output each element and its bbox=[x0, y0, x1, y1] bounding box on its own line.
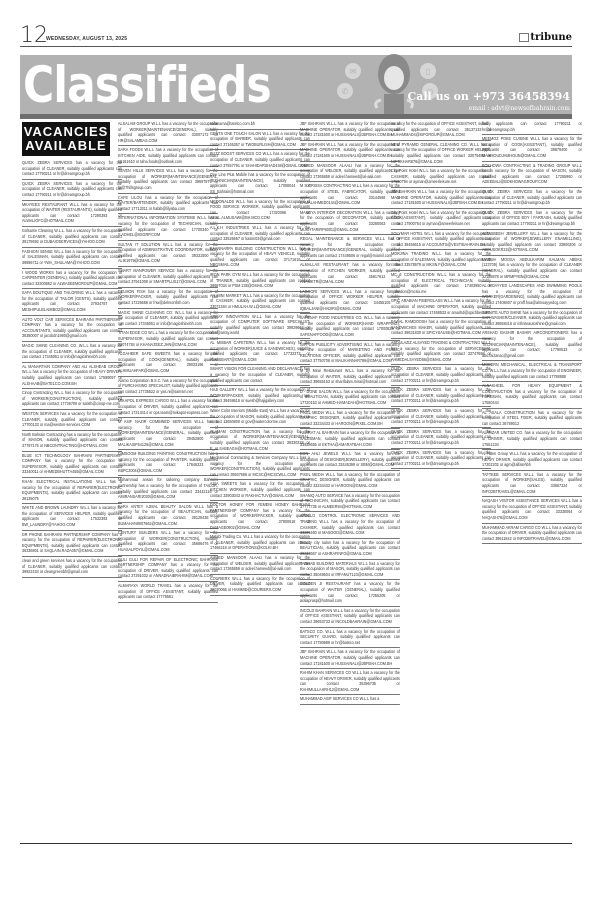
classified-ad: AH MINI MARKET W.L.L has a vacancy for t… bbox=[210, 292, 310, 313]
ads-column-2: ALSALAM GROUP W.L.L has a vacancy for th… bbox=[118, 120, 218, 603]
classified-ad: AL ASALA CONSTRUCTION has a vacancy for … bbox=[482, 409, 582, 430]
banner-title: Classifieds bbox=[23, 57, 271, 113]
classified-ad: MORJINA TRADING W.L.L has a vacancy for … bbox=[391, 250, 491, 271]
mobile-icon: ▯ bbox=[420, 63, 436, 79]
classified-ad: DELMON FISH has a vacancy for the occupa… bbox=[118, 288, 218, 309]
classified-ad: QUICK ZEBRA SERVICES has a vacancy for t… bbox=[391, 365, 491, 386]
ads-column-4: JBF BAHRAIN W.L.L has a vacancy for the … bbox=[300, 120, 400, 705]
classified-ad: BATSCO CO. W.L.L has a vacancy for the o… bbox=[300, 628, 400, 649]
classified-ad: ALMALLAS RESTAURANT has a vacancy for th… bbox=[300, 261, 400, 287]
classified-ad: MUHAMMAD AKRAM CARGO CO W.L.L has a vaca… bbox=[482, 524, 582, 545]
classified-ad: MCDONALDS W.L.L has a vacancy for the oc… bbox=[210, 198, 310, 224]
classified-ad: QUICK ZEBRA SERVICES has a vacancy for t… bbox=[391, 407, 491, 428]
classified-ad: vacancy for the occupation of OFFICE ASS… bbox=[391, 120, 491, 141]
classified-ad: Mechanical Contracting & Services Compan… bbox=[210, 454, 310, 480]
classifieds-banner: Classifieds ✉ ✆ ▯ ◎ Call us on +973 3645… bbox=[20, 55, 572, 114]
classified-ad: SAFA BOUTIQUE AND TAILORING W.L.L has a … bbox=[22, 289, 122, 315]
classified-ad: IRON PARK GYM W.L.L has a vacancy for th… bbox=[210, 271, 310, 292]
classified-ad: TITAN EDGE CO W.L.L has a vacancy for th… bbox=[118, 329, 218, 350]
classified-ad: MKAYEES RESTAURANT W.L.L has a vacancy f… bbox=[22, 201, 122, 227]
classified-ad: DIMSOOM BUILDING PAINTING CONSTRUCTION h… bbox=[118, 450, 218, 476]
classified-ad: SOLYMAR HOTEL W.L.L has a vacancy for th… bbox=[391, 230, 491, 251]
classified-ad: JBF BAHRAIN W.L.L has a vacancy for the … bbox=[300, 141, 400, 162]
classified-ad: GENTS ONE TOUCH SALON W.L.L has a vacanc… bbox=[210, 130, 310, 151]
classified-ad: One Line Plus Mobile has a vacancy for t… bbox=[210, 171, 310, 197]
classified-ad: Mohammad ansari for tailoring company Ba… bbox=[118, 476, 218, 502]
classified-ad: DOCTOR HONEY FOR YEMENI HONEY BAHRAINI P… bbox=[210, 501, 310, 533]
classified-ad: Cinop Contracting W.L.L has a vacancy fo… bbox=[22, 389, 122, 410]
classified-ad: ARSHAD BASHIR BASHIR AIRCONDITIONERS has… bbox=[482, 329, 582, 361]
classified-ad: SMART VISION FOR CLEANING AND DECLARANCE… bbox=[210, 365, 310, 386]
classified-ad: MIKAPOL EXPRESS CARGO W.L.L has a vacanc… bbox=[118, 397, 218, 418]
classified-ad: PIXEL MEDIA W.L.L has a vacancy for the … bbox=[300, 409, 400, 430]
classified-ad: ARRAY INNOVATION W.L.L has a vacancy for… bbox=[210, 313, 310, 339]
classified-ad: Beauty city salon has a vacancy for the … bbox=[300, 539, 400, 560]
classified-ad: SARA ANTEY AJMAL BEAUTY SALON W.L.L has … bbox=[118, 503, 218, 529]
classified-ad: CENTURY BUILDERS W.L.L has a vacancy for… bbox=[118, 529, 218, 555]
classified-ad: ALGAHEER SAFE SWEETS has a vacancy for t… bbox=[118, 350, 218, 376]
classified-ad: AL MISBAR CAFETERIA W.L.L has a vacancy … bbox=[210, 339, 310, 365]
classified-ad: ASIA SWEETS has a vacancy for the occupa… bbox=[210, 480, 310, 501]
classified-ad: WESTON SERVICES has a vacancy for the oc… bbox=[22, 410, 122, 431]
mascot-illustration bbox=[369, 50, 419, 116]
classified-ad: ALMARAYA WORLD TRAVEL has a vacancy for … bbox=[118, 582, 218, 603]
ads-column-1: QUICK ZEBRA SERVICES has a vacancy for t… bbox=[22, 159, 122, 578]
classified-ad: BAANNARPA BUILDING CONSTRUCTION W.L.L ha… bbox=[210, 245, 310, 271]
classified-ad: AHMED MANSOOR ALAALI has a vacancy for t… bbox=[210, 554, 310, 575]
section-heading: VACANCIES AVAILABLE bbox=[22, 122, 110, 156]
classified-ad: AHMED MANSOOR ALAALI has a vacancy for t… bbox=[300, 162, 400, 183]
classified-ad: fied applicants can contact 17790211 or … bbox=[482, 120, 582, 135]
classified-ad: QUICK ZEBRA SERVICES has a vacancy for t… bbox=[482, 209, 582, 230]
classified-ad: City Point Hotel W.L.L has a vacancy for… bbox=[391, 167, 491, 188]
classified-ad: QUICK ZEBRA SERVICES has a vacancy for t… bbox=[22, 159, 122, 180]
page-bottom-rule bbox=[20, 843, 572, 844]
logo-mark-icon bbox=[519, 33, 529, 42]
page-number: 12 bbox=[20, 26, 48, 46]
classified-ad: SMART MANPOWER SERVICE has a vacancy for… bbox=[118, 267, 218, 288]
classified-ad: MAGIC SHINE CLEANING CO. W.L.L has a vac… bbox=[22, 342, 122, 363]
classified-ad: I WOOD WORKS has a vacancy for the occup… bbox=[22, 269, 122, 290]
classified-ad: MEEMOZ POKE CUISINE W.L.L has a vacancy … bbox=[482, 135, 582, 161]
classified-ad: Golsame Cleaning W.L.L. has a vacancy fo… bbox=[22, 227, 122, 248]
classified-ad: ALNAKHEEL FOR HEAVY EQUIPMENT & CONSTRUC… bbox=[482, 382, 582, 408]
classified-ad: City Point Hotel W.L.L has a vacancy for… bbox=[391, 209, 491, 230]
phone-icon: ✆ bbox=[337, 83, 353, 99]
classified-ad: MARWA MOOSA ABDULKARIM SALMAN ABBAS (123… bbox=[482, 256, 582, 282]
classified-ad: JBF BAHRAIN W.L.L has a vacancy for the … bbox=[300, 648, 400, 669]
banner-divider bbox=[20, 114, 572, 119]
classified-ad: SHANIQ AUTO SERVICE has a vacancy for th… bbox=[300, 492, 400, 513]
classified-ad: QUICK ZEBRA SERVICES has a vacancy for t… bbox=[22, 180, 122, 201]
classified-ad: APOLLO CONTROL ELECTRONIC SERVICES AND T… bbox=[300, 512, 400, 538]
classified-ad: NAQASH VISITOR ASSISTANCE SERVICES W.L.L… bbox=[482, 497, 582, 523]
classified-ad: M ASIF NAZIR COMBINED SERVICES W.L.L has… bbox=[118, 418, 218, 450]
classified-ad: AMARAT AL BAHRAIN has a vacancy for the … bbox=[300, 429, 400, 450]
classified-ad: SULTAN IT SOLUTION W.L.L has a vacancy f… bbox=[118, 241, 218, 267]
classified-ad: KHAN ELECTRICAL INSTALLATIONS W.L.L has … bbox=[22, 478, 122, 504]
classified-ad: BLUE ICT TECHNOLOGY BAHRAINI PARTNERSHIP… bbox=[22, 452, 122, 478]
classified-ad: COURIERX W.L.L has a vacancy for the occ… bbox=[210, 575, 310, 596]
classified-ad: ALAMAM CONSTRUCTION has a vacancy for th… bbox=[210, 428, 310, 454]
classified-ad: BOKHOWA CONTRACTING & TRADING GROUP W.L.… bbox=[482, 162, 582, 188]
classified-ad: FAWAL RAMDOOSH has a vacancy for the occ… bbox=[391, 318, 491, 339]
classified-ad: D - DONE SALON W.L.L has a vacancy for t… bbox=[300, 388, 400, 409]
classified-ad: SARA FOODS W.L.L has a vacancy for the o… bbox=[118, 146, 218, 167]
classified-ad: WHITE AND BROWN LAUNDRY W.L.L has a vaca… bbox=[22, 504, 122, 530]
classified-ad: M by Mirai Restaurant W.L.L has a vacanc… bbox=[300, 367, 400, 388]
brand-name: tribune bbox=[530, 32, 572, 43]
classified-ad: M S ORISSA CONTRACTING W.L.L has a vacan… bbox=[300, 182, 400, 208]
classified-ad: JBF BAHRAIN W.L.L has a vacancy for the … bbox=[300, 120, 400, 141]
classified-ad: ALTASBEEH JEWELLERY W.L.L has a vacancy … bbox=[482, 230, 582, 256]
classified-ad: clean and green services has a vacancy f… bbox=[22, 557, 122, 578]
classified-ad: AL MANARTAIN COMPANY AND ALI ALSHEAB GRO… bbox=[22, 363, 122, 389]
classified-ad: INCOLD BAHRAIN W.L.L has a vacancy for t… bbox=[300, 607, 400, 628]
classified-ad: JBF BAHRAIN W.L.L has a vacancy for the … bbox=[391, 188, 491, 209]
classified-ad: QUICK ZEBRA SERVICES has a vacancy for t… bbox=[391, 449, 491, 470]
classified-ad: QUICK ZEBRA SERVICES has a vacancy for t… bbox=[482, 188, 582, 209]
classified-ad: SEVEN HILLS SERVICES W.L.L has a vacancy… bbox=[118, 167, 218, 193]
classified-ad: ABDULAZIZ ALSAYED TRADING & CONTRACTING … bbox=[391, 339, 491, 365]
classified-ad: RAHIM KHAN SERVICES CO W.L.L has a vacan… bbox=[300, 669, 400, 695]
classified-ad: SAFENAF FOOD INDUSTRIES CO. W.L.L has a … bbox=[300, 314, 400, 340]
classified-ad: A.L.K.H INDUSTRIES W.L.L has a vacancy f… bbox=[210, 224, 310, 245]
classified-ad: INTERNATIONAL INFORMATION SYSTEMS W.L.L … bbox=[118, 214, 218, 240]
classified-ad: NIPPON PUBLICITY ADVERTISING W.L.L has a… bbox=[300, 341, 400, 367]
classified-ad: MAGIC SHINE CLEANING CO. W.L.L has a vac… bbox=[118, 309, 218, 330]
classified-ad: ALSALAM GROUP W.L.L has a vacancy for th… bbox=[118, 120, 218, 146]
classified-ad: PIXEL MEDIA W.L.L has a vacancy for the … bbox=[300, 471, 400, 492]
classified-ad: TAFTEEB SERVICES W.L.L has a vacancy for… bbox=[482, 471, 582, 497]
ads-column-6: fied applicants can contact 17790211 or … bbox=[482, 120, 582, 544]
classified-ad: AUTO VOLT CAR SERVICES BAHRAINI PARTNERS… bbox=[22, 316, 122, 342]
classified-ad: Matabi Trading Co. W.L.L has a vacancy f… bbox=[210, 533, 310, 554]
classified-ad: INFINITE AUTO SHINE has a vacancy for th… bbox=[482, 309, 582, 330]
classified-ad: FASHION SENSE W.L.L has a vacancy for th… bbox=[22, 248, 122, 269]
classified-ad: TARHAB BUILDING MATERIALS W.L.L has a va… bbox=[300, 560, 400, 581]
classified-ad: GOLDEN JI RESTAURANT has a vacancy for t… bbox=[300, 580, 400, 606]
classified-ad: MANDYA INTERIOR DECORATION W.L.L has a v… bbox=[300, 209, 400, 235]
classified-ad: MUHAMMAD ASIF SERVICES CO W.L.L has a bbox=[300, 695, 400, 705]
classified-ad: HAJI GALLERY W.L.L has a vacancy for the… bbox=[210, 386, 310, 407]
classified-ad: ALANZAR UNITED CO. has a vacancy for the… bbox=[482, 429, 582, 450]
mail-icon: ✉ bbox=[345, 63, 361, 79]
classified-ad: Water Color Interiors (Middle East) W.L.… bbox=[210, 407, 310, 428]
call-us-phone[interactable]: Call us on +973 36458394 bbox=[408, 90, 571, 103]
classified-ad: DR PHONE BAHRAINI PARTNERSHIP COMPANY ha… bbox=[22, 531, 122, 557]
classified-ad: Al-Faten Group W.L.L has a vacancy for t… bbox=[482, 450, 582, 471]
classified-ad: QUICK ZEBRA SERVICES has a vacancy for t… bbox=[391, 428, 491, 449]
classified-ad: GULI GULI FOR REPAIR OF ELECTRONIC BAHRA… bbox=[118, 556, 218, 582]
classified-ad: QUICK ZEBRA SERVICES has a vacancy for t… bbox=[391, 386, 491, 407]
classified-ad: Alamo Corporation B.S.C. has a vacancy f… bbox=[118, 377, 218, 398]
classified-ad: MC 6 CONSTRUCTION W.L.L has a vacancy fo… bbox=[391, 271, 491, 297]
classified-ad: OPIC ARABIAN FIBERGLASS W.L.L has a vaca… bbox=[391, 297, 491, 318]
classified-ad: LAGOORI SERVICES W.L.L has a vacancy for… bbox=[300, 288, 400, 314]
classified-ad: BUZZ BOOST SERVICES CO W.L.L has a vacan… bbox=[210, 150, 310, 171]
contact-email[interactable]: email : advt@newsofbahrain.com bbox=[469, 105, 570, 112]
classified-ad: REGAL MAINTENANCE & SERVICES W.L.L has a… bbox=[300, 235, 400, 261]
masthead: 12 WEDNESDAY, AUGUST 13, 2025 tribune bbox=[20, 26, 572, 47]
ads-column-3: safanama@tatelco.com.bhGENTS ONE TOUCH S… bbox=[210, 120, 310, 596]
classified-ad: EON AHLI JEWELS W.L.L has a vacancy for … bbox=[300, 450, 400, 471]
classified-ad: MODERN MECHANICAL, ELECTRICAL & TRANSPOR… bbox=[482, 361, 582, 382]
classified-ad: AL MOAYYED LANDSCAPES AND SWIMMING POOLS… bbox=[482, 282, 582, 308]
newspaper-logo: tribune bbox=[519, 32, 572, 43]
classified-ad: safanama@tatelco.com.bh bbox=[210, 120, 310, 130]
classified-ad: North Bahrain Contracting has a vacancy … bbox=[22, 431, 122, 452]
classified-ad: NEW PYRAMID GENERAL CLEANING CO. W.L.L h… bbox=[391, 141, 491, 167]
ads-column-5: vacancy for the occupation of OFFICE ASS… bbox=[391, 120, 491, 469]
issue-date: WEDNESDAY, AUGUST 13, 2025 bbox=[46, 36, 127, 42]
classified-ad: CAFE LILOU has a vacancy for the occupat… bbox=[118, 194, 218, 215]
